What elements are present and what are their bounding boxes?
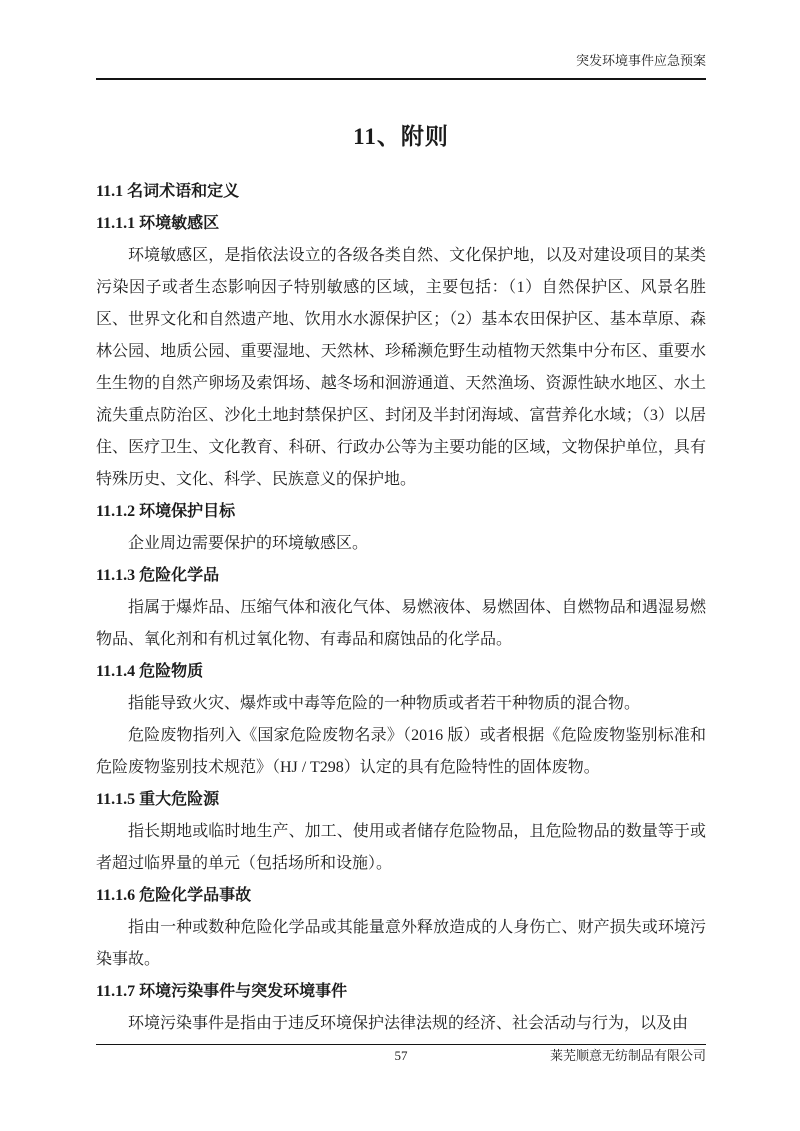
paragraph: 环境污染事件是指由于违反环境保护法律法规的经济、社会活动与行为，以及由 bbox=[96, 1008, 706, 1040]
section-heading: 11.1.7 环境污染事件与突发环境事件 bbox=[96, 976, 706, 1008]
paragraph: 指属于爆炸品、压缩气体和液化气体、易燃液体、易燃固体、自燃物品和遇湿易燃物品、氧… bbox=[96, 592, 706, 656]
header-rule bbox=[96, 78, 706, 80]
page-title: 11、附则 bbox=[96, 122, 706, 152]
section-heading: 11.1 名词术语和定义 bbox=[96, 176, 706, 208]
document-page: 突发环境事件应急预案 11、附则 11.1 名词术语和定义11.1.1 环境敏感… bbox=[96, 0, 706, 1065]
section-heading: 11.1.3 危险化学品 bbox=[96, 560, 706, 592]
page-footer: 57 莱芜顺意无纺制品有限公司 bbox=[96, 1045, 706, 1065]
paragraph: 指能导致火灾、爆炸或中毒等危险的一种物质或者若干种物质的混合物。 bbox=[96, 688, 706, 720]
section-heading: 11.1.5 重大危险源 bbox=[96, 784, 706, 816]
paragraph: 指由一种或数种危险化学品或其能量意外释放造成的人身伤亡、财产损失或环境污染事故。 bbox=[96, 912, 706, 976]
section-heading: 11.1.1 环境敏感区 bbox=[96, 208, 706, 240]
section-heading: 11.1.2 环境保护目标 bbox=[96, 496, 706, 528]
paragraph: 环境敏感区，是指依法设立的各级各类自然、文化保护地，以及对建设项目的某类污染因子… bbox=[96, 240, 706, 496]
section-heading: 11.1.6 危险化学品事故 bbox=[96, 880, 706, 912]
paragraph: 危险废物指列入《国家危险废物名录》（2016 版）或者根据《危险废物鉴别标准和危… bbox=[96, 720, 706, 784]
paragraph: 指长期地或临时地生产、加工、使用或者储存危险物品，且危险物品的数量等于或者超过临… bbox=[96, 816, 706, 880]
header-title: 突发环境事件应急预案 bbox=[96, 0, 706, 78]
sections: 11.1 名词术语和定义11.1.1 环境敏感区环境敏感区，是指依法设立的各级各… bbox=[96, 176, 706, 1040]
page-number: 57 bbox=[96, 1047, 706, 1065]
section-heading: 11.1.4 危险物质 bbox=[96, 656, 706, 688]
paragraph: 企业周边需要保护的环境敏感区。 bbox=[96, 528, 706, 560]
